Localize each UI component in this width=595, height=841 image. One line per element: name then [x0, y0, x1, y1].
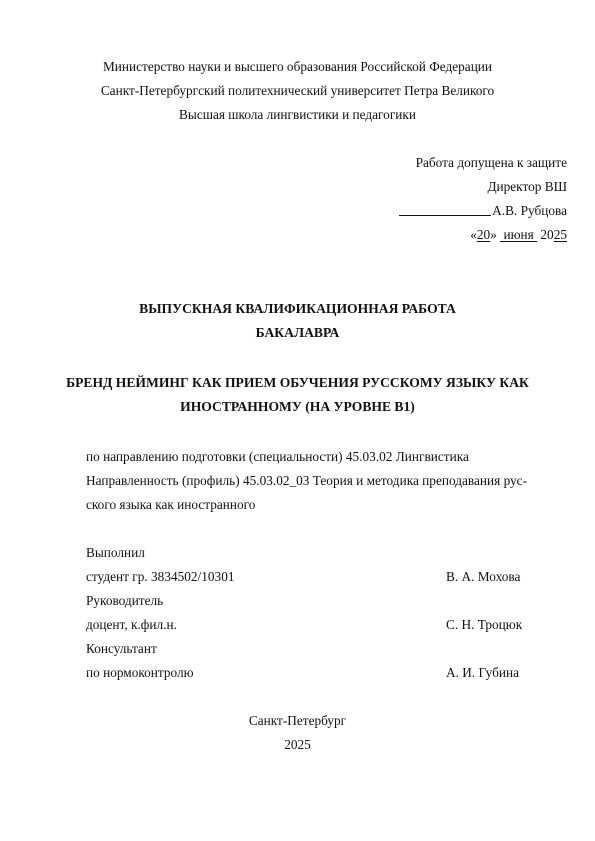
work-type-line2: БАКАЛАВРА — [0, 326, 595, 340]
city: Санкт-Петербург — [0, 714, 595, 727]
school-name: Высшая школа лингвистики и педагогики — [0, 108, 595, 121]
date-open-quote: « — [470, 227, 477, 242]
director-signature: А.В. Рубцова — [399, 204, 567, 217]
consultant-position: по нормоконтролю — [86, 666, 194, 679]
title-page: Министерство науки и высшего образования… — [0, 0, 595, 841]
date-close-quote: » — [490, 227, 497, 242]
supervisor-name: С. Н. Троцюк — [446, 618, 522, 631]
approval-date: «20» июня 2025 — [470, 228, 567, 241]
approval-text: Работа допущена к защите — [416, 156, 567, 169]
supervisor-role: Руководитель — [86, 594, 163, 607]
topic-line1: БРЕНД НЕЙМИНГ КАК ПРИЕМ ОБУЧЕНИЯ РУССКОМ… — [0, 376, 595, 390]
date-year-suffix: 25 — [554, 227, 567, 242]
direction-line3: ского языка как иностранного — [86, 498, 255, 511]
ministry-name: Министерство науки и высшего образования… — [0, 60, 595, 73]
date-month-text: июня — [503, 227, 533, 242]
supervisor-position: доцент, к.фил.н. — [86, 618, 177, 631]
author-position: студент гр. 3834502/10301 — [86, 570, 235, 583]
author-role: Выполнил — [86, 546, 145, 559]
signature-line — [399, 214, 491, 216]
date-month: июня — [500, 227, 537, 242]
consultant-name: А. И. Губина — [446, 666, 519, 679]
work-type-line1: ВЫПУСКНАЯ КВАЛИФИКАЦИОННАЯ РАБОТА — [0, 302, 595, 316]
university-name: Санкт-Петербургский политехнический унив… — [0, 84, 595, 97]
director-title: Директор ВШ — [487, 180, 567, 193]
year: 2025 — [0, 738, 595, 751]
date-day: 20 — [477, 227, 490, 242]
author-name: В. А. Мохова — [446, 570, 520, 583]
consultant-role: Консультант — [86, 642, 157, 655]
director-name: А.В. Рубцова — [492, 203, 567, 218]
direction-line1: по направлению подготовки (специальности… — [86, 450, 469, 463]
topic-line2: ИНОСТРАННОМУ (НА УРОВНЕ В1) — [0, 400, 595, 414]
direction-line2: Направленность (профиль) 45.03.02_03 Тео… — [86, 474, 527, 487]
date-year-prefix: 20 — [540, 227, 553, 242]
